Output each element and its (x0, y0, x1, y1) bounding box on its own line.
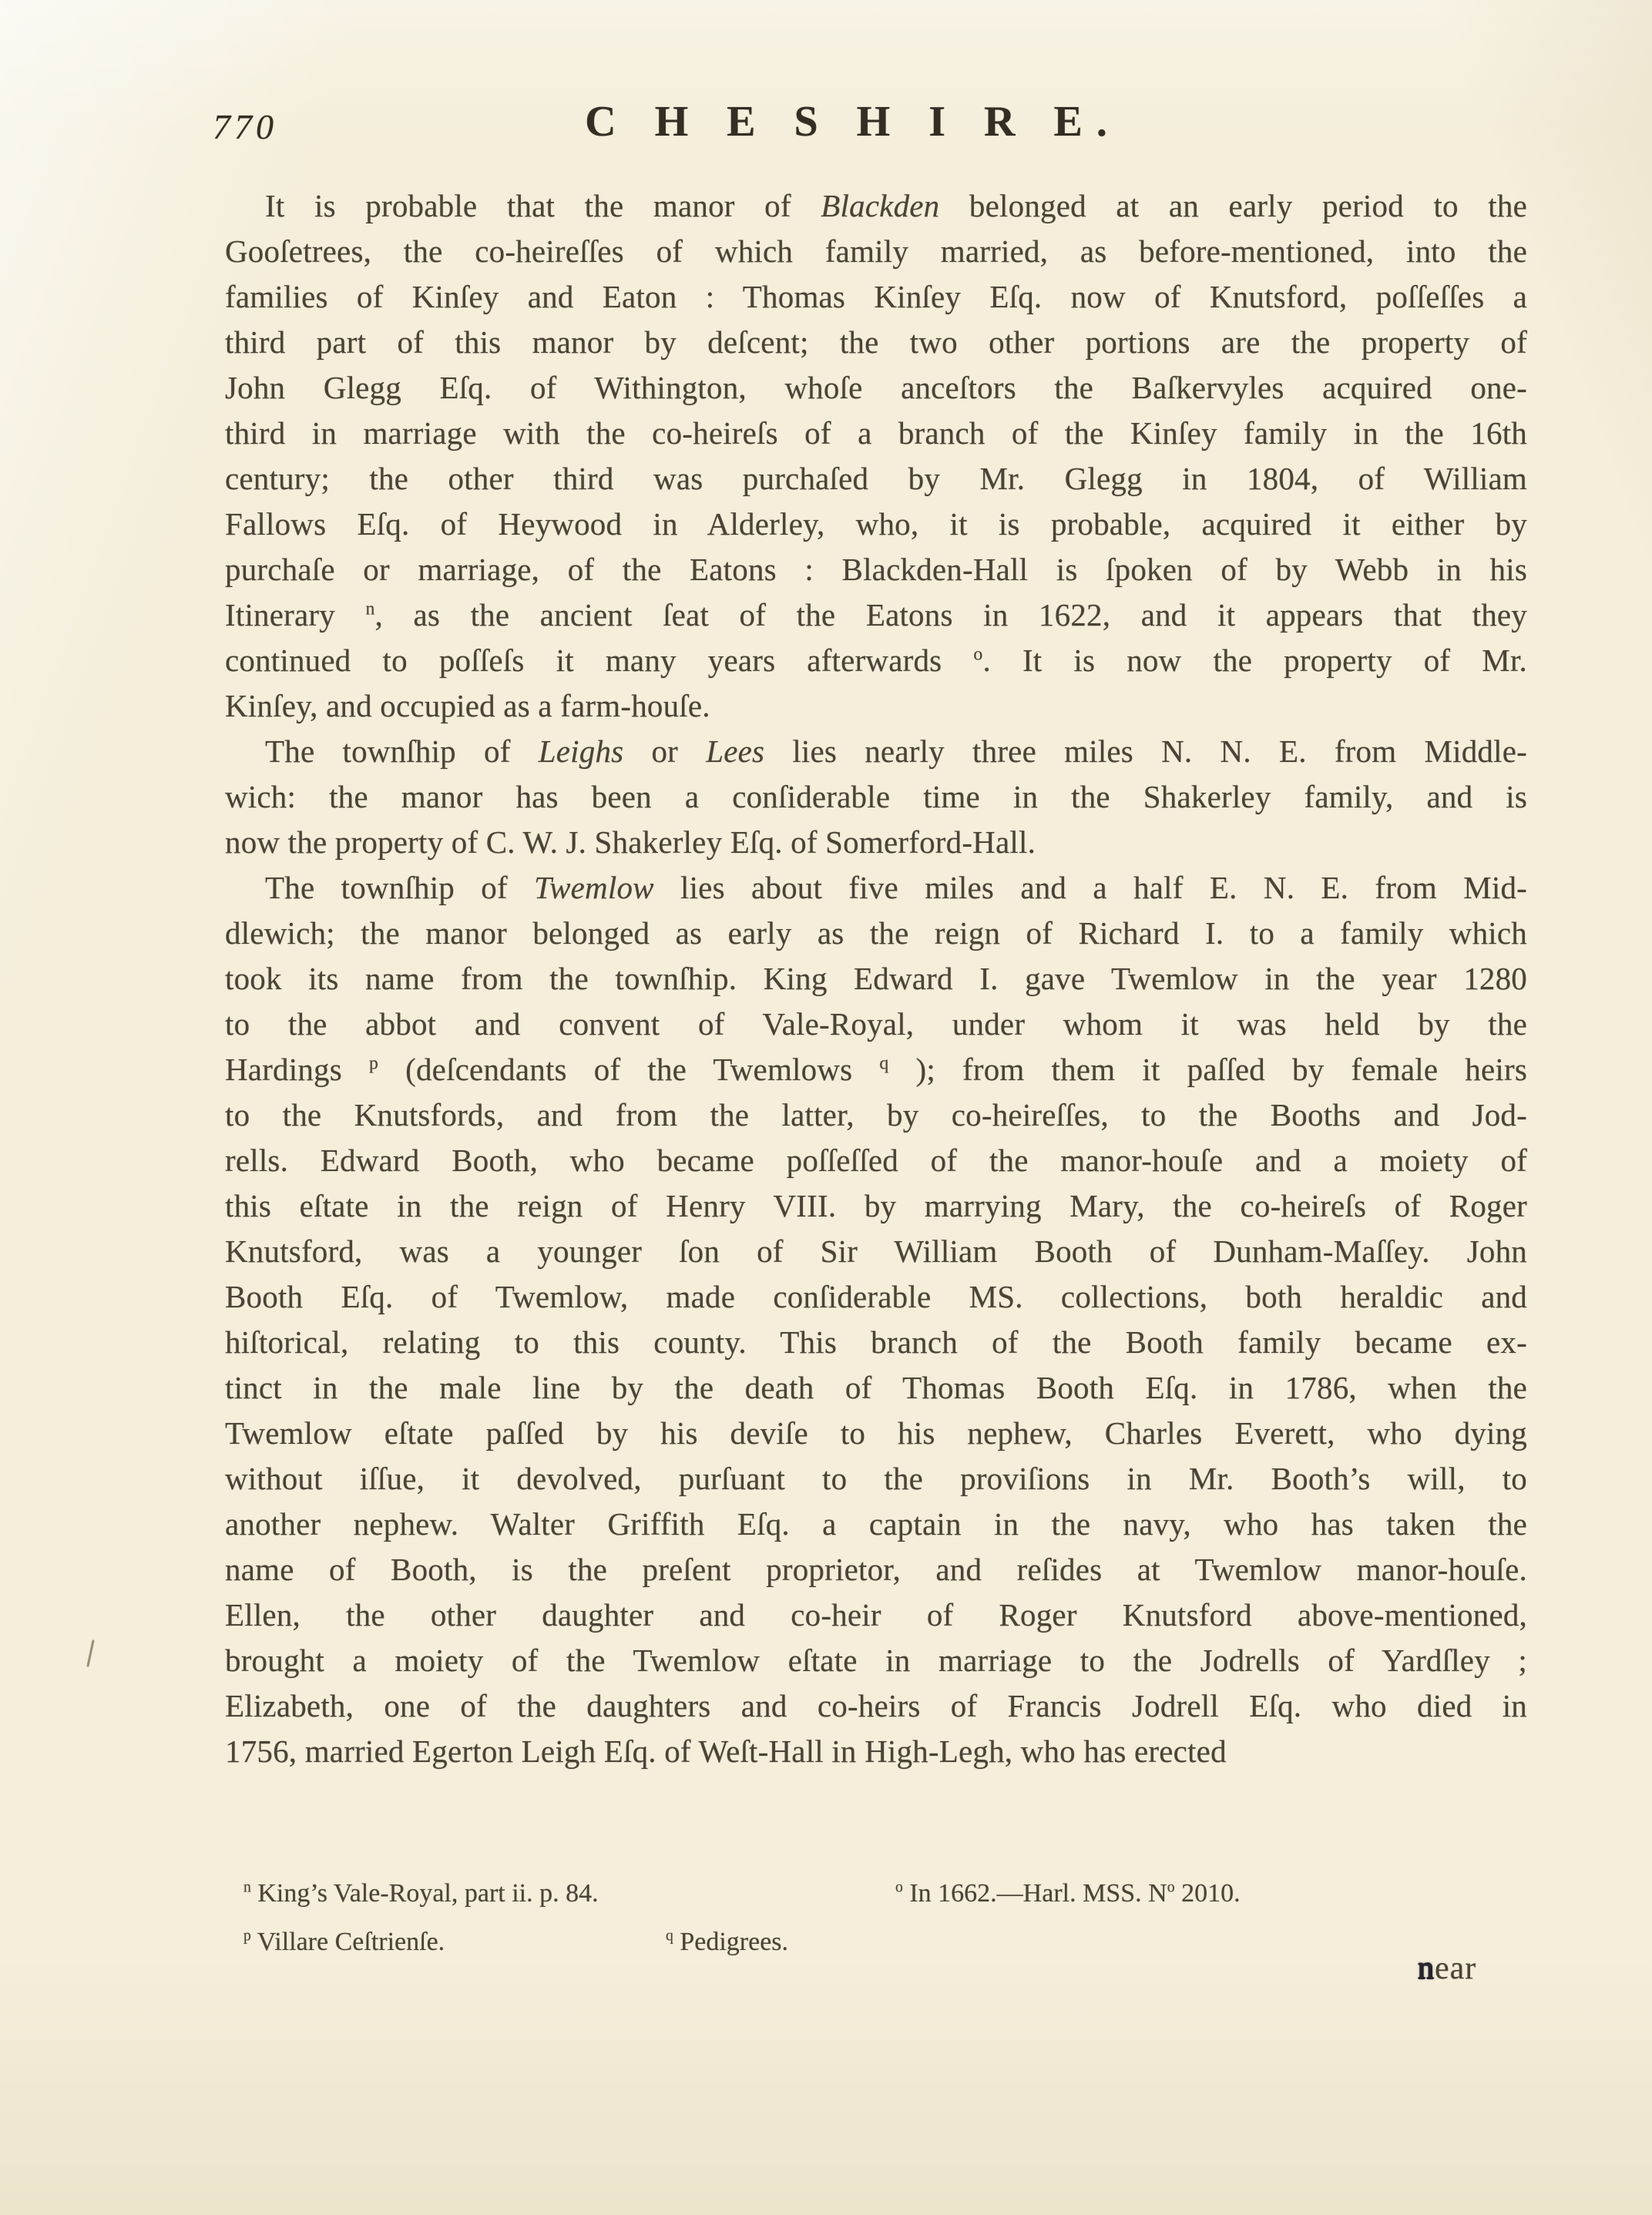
text-segment: wich: the manor has been a conſiderable … (225, 779, 1527, 814)
text-segment: King’s Vale-Royal, part ii. p. 84. (251, 1879, 599, 1908)
text-segment: Leighs (539, 733, 624, 769)
text-line: Booth Eſq. of Twemlow, made conſiderable… (225, 1274, 1527, 1320)
footnote-row: n King’s Vale-Royal, part ii. p. 84.o In… (243, 1869, 1526, 1918)
text-segment: took its name from the townſhip. King Ed… (225, 961, 1527, 996)
text-line: Twemlow eſtate paſſed by his deviſe to h… (225, 1411, 1527, 1456)
footnote-marker: q (879, 1053, 888, 1073)
text-line: Fallows Eſq. of Heywood in Alderley, who… (225, 502, 1527, 547)
text-line: continued to poſſeſs it many years after… (225, 638, 1527, 683)
footnote: o In 1662.—Harl. MSS. No 2010. (895, 1869, 1241, 1918)
text-segment: to the Knutsfords, and from the latter, … (225, 1097, 1527, 1133)
text-line: now the property of C. W. J. Shakerley E… (225, 820, 1527, 865)
text-line: wich: the manor has been a conſiderable … (225, 774, 1527, 820)
text-segment: In 1662.—Harl. MSS. N (903, 1879, 1167, 1908)
text-line: to the abbot and convent of Vale-Royal, … (225, 1002, 1527, 1047)
text-line: third in marriage with the co-heireſs of… (225, 411, 1527, 456)
text-segment: continued to poſſeſs it many years after… (225, 643, 973, 678)
footnotes: n King’s Vale-Royal, part ii. p. 84.o In… (243, 1869, 1526, 1966)
text-line: rells. Edward Booth, who became poſſeſſe… (225, 1138, 1527, 1183)
text-line: brought a moiety of the Twemlow eſtate i… (225, 1638, 1527, 1683)
stray-mark (86, 1639, 94, 1667)
text-segment: without iſſue, it devolved, purſuant to … (225, 1461, 1527, 1496)
text-segment: The townſhip of (265, 733, 539, 769)
text-segment: Knutsford, was a younger ſon of Sir Will… (225, 1233, 1527, 1269)
text-segment: Elizabeth, one of the daughters and co-h… (225, 1688, 1527, 1723)
text-line: The townſhip of Leighs or Lees lies near… (225, 729, 1527, 774)
text-line: John Glegg Eſq. of Withington, whoſe anc… (225, 365, 1527, 411)
text-segment: Gooſetrees, the co-heireſſes of which fa… (225, 233, 1527, 269)
text-line: It is probable that the manor of Blackde… (225, 183, 1527, 229)
catchword: near (1418, 1952, 1476, 1985)
text-line: this eſtate in the reign of Henry VIII. … (225, 1183, 1527, 1229)
text-segment: belonged at an early period to the (939, 188, 1527, 223)
footnote: p Villare Ceſtrienſe. (243, 1918, 666, 1966)
text-segment: this eſtate in the reign of Henry VIII. … (225, 1188, 1527, 1223)
footnote-marker: q (666, 1928, 673, 1945)
text-line: Kinſey, and occupied as a farm-houſe. (225, 683, 1527, 729)
text-line: families of Kinſey and Eaton : Thomas Ki… (225, 274, 1527, 320)
text-line: 1756, married Egerton Leigh Eſq. of Weſt… (225, 1729, 1527, 1774)
text-segment: brought a moiety of the Twemlow eſtate i… (225, 1643, 1527, 1678)
text-segment: purchaſe or marriage, of the Eatons : Bl… (225, 552, 1527, 587)
text-segment: Kinſey, and occupied as a farm-houſe. (225, 688, 710, 723)
text-line: took its name from the townſhip. King Ed… (225, 956, 1527, 1002)
paragraph: It is probable that the manor of Blackde… (225, 183, 1527, 729)
text-segment: Hardings (225, 1052, 369, 1087)
running-title: C H E S H I R E. (54, 100, 1652, 143)
text-segment: Villare Ceſtrienſe. (251, 1928, 445, 1956)
text-line: Knutsford, was a younger ſon of Sir Will… (225, 1229, 1527, 1274)
text-segment: or (623, 733, 706, 769)
footnote-marker: o (895, 1879, 903, 1896)
text-segment: , as the ancient ſeat of the Eatons in 1… (375, 597, 1527, 633)
text-line: Elizabeth, one of the daughters and co-h… (225, 1683, 1527, 1729)
text-line: to the Knutsfords, and from the latter, … (225, 1092, 1527, 1138)
text-line: dlewich; the manor belonged as early as … (225, 911, 1527, 956)
paragraph: The townſhip of Twemlow lies about five … (225, 865, 1527, 1774)
text-line: Hardings p (deſcendants of the Twemlows … (225, 1047, 1527, 1092)
text-segment: families of Kinſey and Eaton : Thomas Ki… (225, 279, 1527, 314)
text-segment: century; the other third was purchaſed b… (225, 461, 1527, 496)
text-segment: lies about five miles and a half E. N. E… (654, 870, 1527, 905)
text-segment: third in marriage with the co-heireſs of… (225, 415, 1527, 451)
footnote-marker: p (369, 1053, 378, 1073)
text-segment: 1756, married Egerton Leigh Eſq. of Weſt… (225, 1733, 1227, 1769)
text-segment: The townſhip of (265, 870, 534, 905)
text-segment: dlewich; the manor belonged as early as … (225, 915, 1527, 951)
text-segment: now the property of C. W. J. Shakerley E… (225, 824, 1036, 860)
text-line: Itinerary n, as the ancient ſeat of the … (225, 592, 1527, 638)
text-segment: Twemlow (534, 870, 654, 905)
text-line: third part of this manor by deſcent; the… (225, 320, 1527, 365)
footnote: q Pedigrees. (666, 1918, 788, 1966)
page-header: 770 C H E S H I R E. (0, 0, 1652, 177)
text-segment: name of Booth, is the preſent proprietor… (225, 1552, 1527, 1587)
text-segment: lies nearly three miles N. N. E. from Mi… (764, 733, 1527, 769)
text-line: purchaſe or marriage, of the Eatons : Bl… (225, 547, 1527, 592)
text-line: hiſtorical, relating to this county. Thi… (225, 1320, 1527, 1365)
text-segment: to the abbot and convent of Vale-Royal, … (225, 1006, 1527, 1042)
text-line: name of Booth, is the preſent proprietor… (225, 1547, 1527, 1592)
text-segment: . It is now the property of Mr. (982, 643, 1527, 678)
text-segment: Twemlow eſtate paſſed by his deviſe to h… (225, 1415, 1527, 1451)
footnote-marker: p (243, 1928, 251, 1945)
text-segment: It is probable that the manor of (265, 188, 821, 223)
text-segment: 2010. (1175, 1879, 1241, 1908)
text-line: tinct in the male line by the death of T… (225, 1365, 1527, 1411)
text-line: century; the other third was purchaſed b… (225, 456, 1527, 502)
text-segment: rells. Edward Booth, who became poſſeſſe… (225, 1143, 1527, 1178)
text-segment: Ellen, the other daughter and co-heir of… (225, 1597, 1527, 1633)
text-segment: Lees (706, 733, 764, 769)
footnote-marker: o (973, 644, 982, 664)
footnote-marker: o (1167, 1879, 1175, 1896)
book-page: 770 C H E S H I R E. It is probable that… (0, 0, 1652, 2215)
text-segment: Booth Eſq. of Twemlow, made conſiderable… (225, 1279, 1527, 1314)
footnote-marker: n (365, 599, 374, 619)
footnote: n King’s Vale-Royal, part ii. p. 84. (243, 1869, 895, 1918)
text-line: Gooſetrees, the co-heireſſes of which fa… (225, 229, 1527, 274)
text-segment: (deſcendants of the Twemlows (378, 1052, 879, 1087)
text-segment: Blackden (821, 188, 939, 223)
text-line: Ellen, the other daughter and co-heir of… (225, 1592, 1527, 1638)
footnote-row: p Villare Ceſtrienſe.q Pedigrees. (243, 1918, 1526, 1966)
footnote-marker: n (243, 1879, 251, 1896)
text-line: The townſhip of Twemlow lies about five … (225, 865, 1527, 911)
paragraph: The townſhip of Leighs or Lees lies near… (225, 729, 1527, 865)
text-segment: tinct in the male line by the death of T… (225, 1370, 1527, 1405)
text-segment: hiſtorical, relating to this county. Thi… (225, 1324, 1527, 1360)
text-line: another nephew. Walter Griffith Eſq. a c… (225, 1502, 1527, 1547)
text-segment: Fallows Eſq. of Heywood in Alderley, who… (225, 506, 1527, 542)
text-segment: ); from them it paſſed by female heirs (888, 1052, 1527, 1087)
text-line: without iſſue, it devolved, purſuant to … (225, 1456, 1527, 1502)
text-segment: John Glegg Eſq. of Withington, whoſe anc… (225, 370, 1527, 405)
page-body: It is probable that the manor of Blackde… (225, 183, 1527, 1774)
text-segment: Itinerary (225, 597, 365, 633)
text-segment: another nephew. Walter Griffith Eſq. a c… (225, 1506, 1527, 1542)
text-segment: third part of this manor by deſcent; the… (225, 324, 1527, 360)
text-segment: Pedigrees. (673, 1928, 788, 1956)
